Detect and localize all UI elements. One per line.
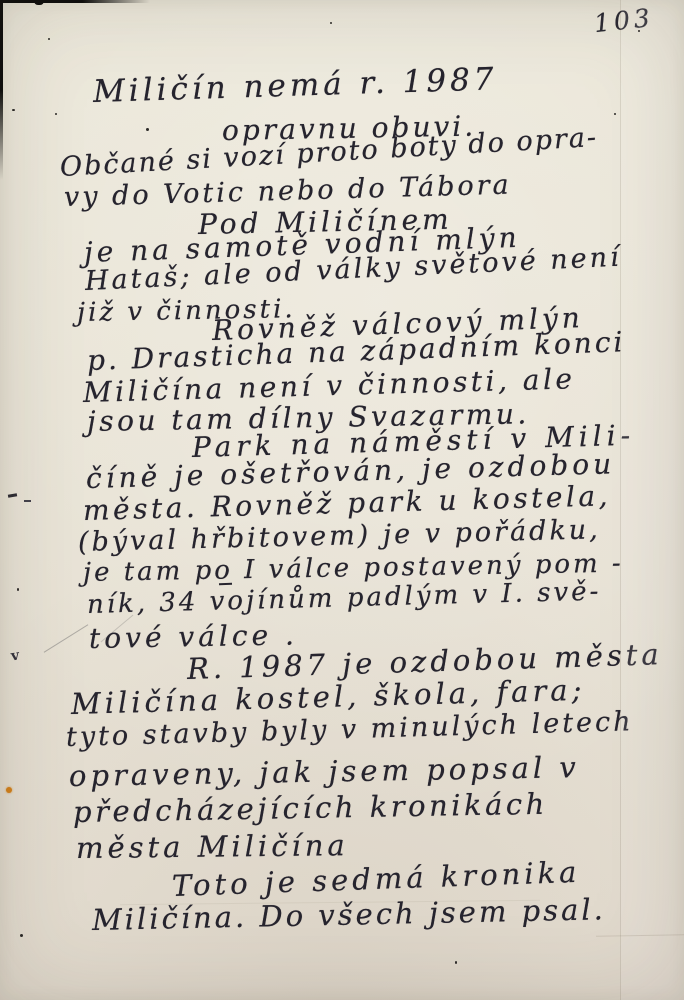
paper-speck bbox=[330, 22, 332, 24]
pencil-scratch bbox=[44, 624, 89, 652]
paper-speck bbox=[12, 109, 15, 111]
photo-edge-top bbox=[0, 0, 150, 3]
paper-speck bbox=[48, 38, 50, 40]
paper-speck bbox=[55, 113, 57, 115]
paper-speck bbox=[20, 934, 23, 937]
margin-ink-dash bbox=[8, 493, 17, 498]
paper-speck bbox=[614, 113, 616, 115]
paper-speck bbox=[455, 961, 457, 964]
paper-speck bbox=[638, 30, 640, 32]
glued-sheet-strip bbox=[621, 0, 684, 1000]
handwriting-line: předcházejících kronikách bbox=[73, 787, 548, 829]
handwriting-line: města Miličína bbox=[76, 828, 349, 865]
margin-ink-dash bbox=[24, 500, 31, 502]
chronicle-page-photo: 103 Miličín nemá r. 1987 opravnu obuvi. … bbox=[0, 0, 684, 1000]
paper-speck bbox=[17, 588, 19, 591]
photo-edge-left bbox=[0, 0, 3, 180]
margin-check-mark: v bbox=[10, 648, 20, 665]
photo-edge-notch bbox=[34, 0, 44, 5]
paper-speck bbox=[146, 128, 149, 131]
handwriting-line: Miličín nemá r. 1987 bbox=[92, 61, 498, 110]
crease-line-vertical bbox=[620, 0, 621, 1000]
orange-stain bbox=[6, 787, 12, 793]
